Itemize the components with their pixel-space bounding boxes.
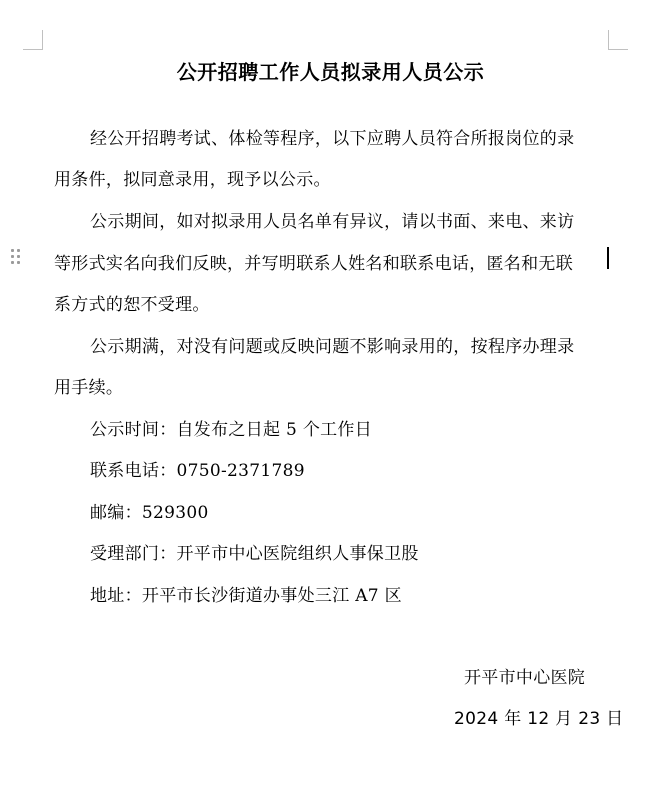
paragraph-1-line-2[interactable]: 用条件，拟同意录用，现予以公示。: [54, 170, 331, 190]
info-postcode-label: 邮编：: [90, 503, 142, 523]
paragraph-2-line-2[interactable]: 等形式实名向我们反映，并写明联系人姓名和联系电话，匿名和无联: [54, 254, 573, 274]
info-department-value: 开平市中心医院组织人事保卫股: [177, 544, 419, 564]
date-month: 12: [527, 709, 549, 729]
date-year: 2024: [454, 709, 498, 729]
info-address-label: 地址：: [90, 586, 142, 606]
info-phone-value: 0750-2371789: [177, 461, 305, 481]
page-corner-mark-top-left: [23, 30, 43, 50]
date-day-unit: 日: [606, 709, 623, 729]
paragraph-3-line-1[interactable]: 公示期满，对没有问题或反映问题不影响录用的，按程序办理录: [90, 337, 574, 357]
date-month-unit: 月: [555, 709, 572, 729]
info-period-label: 公示时间：: [90, 420, 177, 440]
date-year-unit: 年: [504, 709, 521, 729]
info-department[interactable]: 受理部门：开平市中心医院组织人事保卫股: [90, 544, 419, 564]
date-day: 23: [578, 709, 600, 729]
info-department-label: 受理部门：: [90, 544, 177, 564]
paragraph-2-line-3[interactable]: 系方式的恕不受理。: [54, 295, 210, 315]
info-phone-label: 联系电话：: [90, 461, 177, 481]
info-address-value: 开平市长沙街道办事处三江 A7 区: [142, 586, 402, 606]
signature-date[interactable]: 2024 年 12 月 23 日: [454, 709, 623, 729]
signature-organization[interactable]: 开平市中心医院: [464, 668, 585, 688]
info-period-value: 自发布之日起 5 个工作日: [177, 420, 373, 440]
info-postcode[interactable]: 邮编：529300: [90, 503, 209, 523]
document-title: 公开招聘工作人员拟录用人员公示: [0, 56, 661, 85]
page-corner-mark-top-right: [608, 30, 628, 50]
info-postcode-value: 529300: [142, 503, 209, 523]
paragraph-2-line-1[interactable]: 公示期间，如对拟录用人员名单有异议，请以书面、来电、来访: [90, 212, 574, 232]
paragraph-1-line-1[interactable]: 经公开招聘考试、体检等程序，以下应聘人员符合所报岗位的录: [90, 129, 574, 149]
paragraph-3-line-2[interactable]: 用手续。: [54, 378, 123, 398]
info-period[interactable]: 公示时间：自发布之日起 5 个工作日: [90, 420, 372, 440]
info-phone[interactable]: 联系电话：0750-2371789: [90, 461, 305, 481]
text-cursor: [607, 247, 609, 269]
info-address[interactable]: 地址：开平市长沙街道办事处三江 A7 区: [90, 586, 402, 606]
paragraph-drag-handle-icon[interactable]: [11, 249, 21, 265]
